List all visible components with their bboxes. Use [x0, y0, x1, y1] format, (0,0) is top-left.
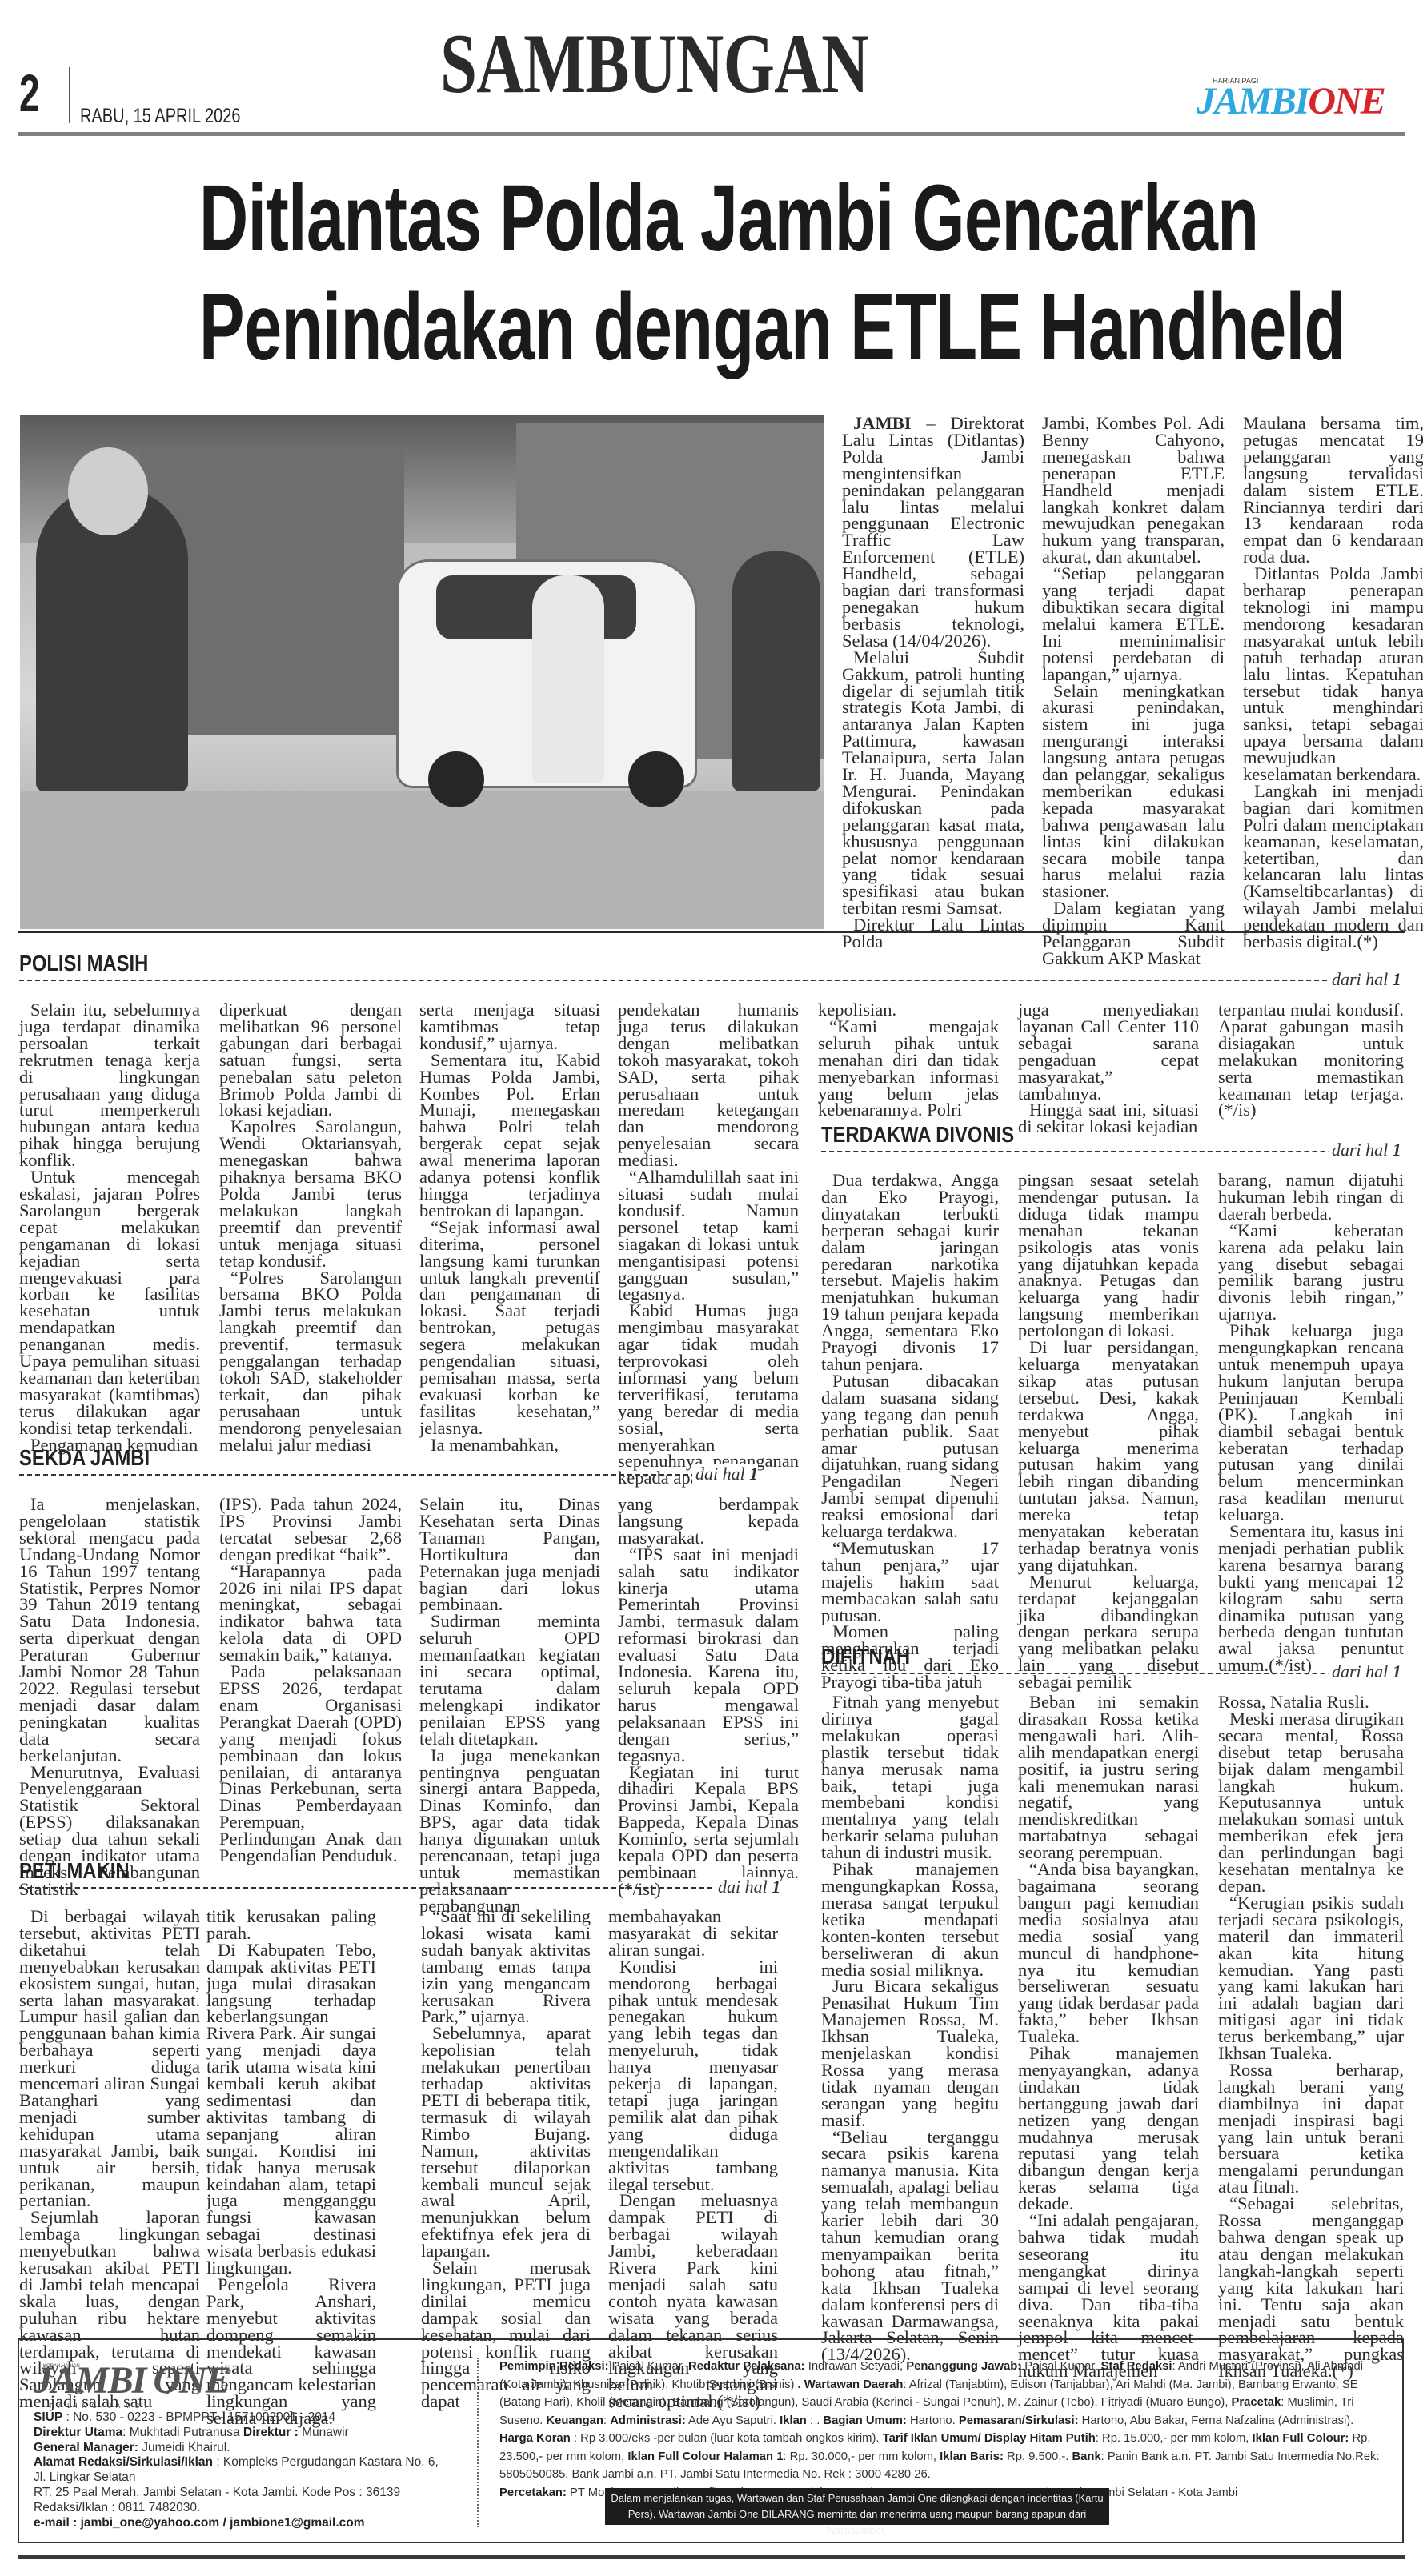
news-photo — [20, 415, 824, 929]
page-number-divider — [69, 67, 70, 123]
paragraph: Meski merasa dirugikan secara mental, Ro… — [1218, 1711, 1404, 1895]
dashed-divider — [821, 1673, 1381, 1674]
paragraph: Melalui Subdit Gakkum, patroli hunting d… — [842, 650, 1024, 918]
lead-article-column-2: Jambi, Kombes Pol. Adi Benny Cahyono, me… — [1042, 415, 1225, 968]
from-page-label: dari hal 1 — [1329, 1661, 1401, 1682]
main-headline: Ditlantas Polda Jambi Gencarkan Penindak… — [0, 164, 1423, 382]
photo-car-wheel — [628, 751, 684, 807]
paragraph: “Kami keberatan karena ada pelaku lain y… — [1218, 1223, 1404, 1323]
paragraph: Pihak manajemen menyayangkan, adanya tin… — [1018, 2045, 1199, 2213]
article-column: Dua terdakwa, Angga dan Eko Prayogi, din… — [821, 1172, 999, 1691]
photo-officer-head — [68, 447, 148, 535]
label: Bank — [1072, 2450, 1100, 2463]
imprint-logo: KORAN HARIAN JAMBI ONE PALING JAMBI — [34, 2358, 442, 2407]
paragraph: Fitnah yang menyebut dirinya gagal melak… — [821, 1694, 999, 1861]
paragraph: pendekatan humanis juga terus dilakukan … — [618, 1002, 799, 1169]
paragraph: Kabid Humas juga mengimbau masyarakat ag… — [618, 1303, 799, 1487]
label: Redaktur Pelaksana: — [688, 2360, 805, 2373]
paragraph: membahayakan masyarakat di sekitar alira… — [608, 1909, 778, 1959]
dashed-divider — [19, 980, 1383, 981]
paragraph: Sudirman meminta seluruh OPD memanfaatka… — [419, 1613, 600, 1747]
paragraph: (IPS). Pada tahun 2024, IPS Provinsi Jam… — [219, 1496, 402, 1564]
jambione-logo: HARIAN PAGI JAMBIONE — [1197, 77, 1413, 126]
paragraph: Putusan dibacakan dalam suasana sidang y… — [821, 1373, 999, 1540]
from-page-label: dai hal 1 — [715, 1877, 780, 1897]
paragraph: Selain meningkatkan akurasi penindakan, … — [1042, 683, 1225, 901]
paragraph: “IPS saat ini menjadi salah satu indikat… — [618, 1547, 799, 1765]
label: Iklan Full Colour: — [1253, 2432, 1349, 2445]
imprint-address-line2: RT. 25 Paal Merah, Jambi Selatan - Kota … — [34, 2486, 442, 2501]
masthead-rule — [18, 132, 1405, 136]
article-column: Fitnah yang menyebut dirinya gagal melak… — [821, 1694, 999, 2363]
paragraph: Ia juga menekankan pentingnya penguatan … — [419, 1748, 600, 1915]
paragraph: pingsan sesaat setelah mendengar putusan… — [1018, 1172, 1199, 1340]
paragraph: barang, namun dijatuhi hukuman lebih rin… — [1218, 1172, 1404, 1223]
article-column: terpantau mulai kondusif. Aparat gabunga… — [1218, 1002, 1404, 1119]
article-column: serta menjaga situasi kamtibmas tetap ko… — [419, 1002, 600, 1453]
paragraph: Kapolres Sarolangun, Wendi Oktariansyah,… — [219, 1119, 402, 1269]
label: . Wartawan Daerah — [798, 2378, 904, 2391]
label: Direktur Utama — [34, 2426, 122, 2439]
article-column: pingsan sesaat setelah mendengar putusan… — [1018, 1172, 1199, 1691]
article-column: “Saat ini di sekeliling lokasi wisata ka… — [421, 1909, 591, 2410]
paragraph: Pada pelaksanaan EPSS 2026, terdapat ena… — [219, 1664, 402, 1865]
lead-article-column-3: Maulana bersama tim, petugas mencatat 19… — [1243, 415, 1423, 951]
article-column: pendekatan humanis juga terus dilakukan … — [618, 1002, 799, 1487]
paragraph: Sementara itu, Kabid Humas Polda Jambi, … — [419, 1052, 600, 1220]
paragraph: Dua terdakwa, Angga dan Eko Prayogi, din… — [821, 1172, 999, 1373]
imprint-staff-paragraph: Pemimpin Redaksi: Paisal Kumar. Redaktur… — [499, 2358, 1389, 2484]
imprint-company-info: KORAN HARIAN JAMBI ONE PALING JAMBI SIUP… — [34, 2358, 442, 2530]
paragraph: “Saat ini di sekeliling lokasi wisata ka… — [421, 1909, 591, 2025]
article-column: Di berbagai wilayah tersebut, aktivitas … — [19, 1909, 200, 2410]
paragraph: Maulana bersama tim, petugas mencatat 19… — [1243, 415, 1423, 566]
value: Ade Ayu Saputri. — [686, 2414, 780, 2427]
paragraph: Selain itu, sebelumnya juga terdapat din… — [19, 1002, 200, 1169]
from-page-number: 1 — [1393, 1661, 1401, 1681]
lead-article-column-1: JAMBI – Direktorat Lalu Lintas (Ditlanta… — [842, 415, 1024, 951]
continuation-heading: TERDAKWA DIVONIS — [821, 1122, 1014, 1148]
label: Alamat Redaksi/Sirkulasi/Iklan — [34, 2455, 213, 2469]
paragraph: Langkah ini menjadi bagian dari komitmen… — [1243, 783, 1423, 951]
masthead: 2 RABU, 15 APRIL 2026 SAMBUNGAN HARIAN P… — [0, 0, 1423, 140]
logo-wordmark: JAMBIONE — [1197, 82, 1385, 122]
article-column: Selain itu, Dinas Kesehatan serta Dinas … — [419, 1496, 600, 1915]
label: Bagian Umum: — [823, 2414, 906, 2427]
label: Keuangan — [546, 2414, 603, 2427]
imprint-logo-wordmark: JAMBI ONE — [34, 2361, 230, 2401]
paragraph: Direktur Lalu Lintas Polda — [842, 917, 1024, 951]
section-title: SAMBUNGAN — [440, 24, 868, 104]
value: : Rp. 15.000,- per mm kolom, — [1096, 2432, 1253, 2445]
article-column: diperkuat dengan melibatkan 96 personel … — [219, 1002, 402, 1453]
value: Hartono. — [907, 2414, 959, 2427]
paragraph: Sementara itu, kasus ini menjadi perhati… — [1218, 1524, 1404, 1674]
page-number: 2 — [19, 66, 40, 120]
from-page-number: 1 — [1393, 969, 1401, 989]
from-page-label: dai hal 1 — [692, 1464, 758, 1484]
paragraph: diperkuat dengan melibatkan 96 personel … — [219, 1002, 402, 1119]
value: : . — [807, 2414, 824, 2427]
paragraph: Beban ini semakin dirasakan Rossa ketika… — [1018, 1694, 1199, 1861]
paragraph: serta menjaga situasi kamtibmas tetap ko… — [419, 1002, 600, 1052]
from-page-text: dai hal — [695, 1464, 745, 1484]
article-column: barang, namun dijatuhi hukuman lebih rin… — [1218, 1172, 1404, 1674]
label: Percetakan: — [499, 2486, 567, 2499]
continuation-heading: POLISI MASIH — [19, 951, 148, 976]
paragraph: Di luar persidangan, keluarga menyatakan… — [1018, 1340, 1199, 1574]
paragraph: Jambi, Kombes Pol. Adi Benny Cahyono, me… — [1042, 415, 1225, 566]
imprint-address: Alamat Redaksi/Sirkulasi/Iklan : Komplek… — [34, 2455, 442, 2486]
article-column: juga menyediakan layanan Call Center 110… — [1018, 1002, 1199, 1136]
from-page-label: dari hal 1 — [1329, 1140, 1401, 1160]
paragraph: Rossa berharap, langkah berani yang diam… — [1218, 2062, 1404, 2196]
imprint-general-manager: General Manager: Jumeidi Khairul. — [34, 2441, 442, 2456]
photo-car-wheel — [428, 751, 484, 807]
paragraph: “Anda bisa bayangkan, bagaimana seorang … — [1018, 1861, 1199, 2045]
value: Rp. 9.500,-. — [1004, 2450, 1072, 2463]
paragraph: Juru Bicara sekaligus Penasihat Hukum Ti… — [821, 1978, 999, 2129]
value: Indrawan Setyadi, — [805, 2360, 907, 2373]
headline-line-2: Penindakan dengan ETLE Handheld — [199, 273, 1224, 382]
paragraph: titik kerusakan paling parah. — [206, 1909, 376, 1942]
from-page-text: dai hal — [718, 1877, 768, 1897]
value: Jumeidi Khairul. — [138, 2441, 230, 2454]
label: Iklan Baris: — [940, 2450, 1004, 2463]
headline-line-1: Ditlantas Polda Jambi Gencarkan — [199, 164, 1224, 273]
article-column: Rossa, Natalia Rusli. Meski merasa dirug… — [1218, 1694, 1404, 2380]
article-column: (IPS). Pada tahun 2024, IPS Provinsi Jam… — [219, 1496, 402, 1865]
label: Staf Redaksi — [1101, 2360, 1172, 2373]
paragraph: Hingga saat ini, situasi di sekitar loka… — [1018, 1102, 1199, 1136]
label: Administrasi: — [610, 2414, 686, 2427]
paragraph: Ia menambahkan, — [419, 1437, 600, 1454]
from-page-text: dari hal — [1332, 1661, 1388, 1681]
paragraph: “Kami mengajak seluruh pihak untuk menah… — [818, 1019, 999, 1119]
paragraph: juga menyediakan layanan Call Center 110… — [1018, 1002, 1199, 1102]
article-column: Beban ini semakin dirasakan Rossa ketika… — [1018, 1694, 1199, 2380]
label: Direktur : — [243, 2426, 299, 2439]
photo-person — [532, 575, 604, 783]
article-column: Selain itu, sebelumnya juga terdapat din… — [19, 1002, 200, 1453]
label: Pemimpin Redaksi: — [499, 2360, 609, 2373]
logo-word-one: ONE — [1308, 80, 1384, 122]
label: Iklan Full Colour Halaman 1 — [627, 2450, 783, 2463]
press-notice: Dalam menjalankan tugas, Wartawan dan St… — [605, 2488, 1109, 2525]
paragraph: “Sejak informasi awal diterima, personel… — [419, 1220, 600, 1437]
email-text: e-mail : jambi_one@yahoo.com / jambione1… — [34, 2516, 365, 2530]
label: Tarif Iklan Umum/ Display Hitam Putih — [883, 2432, 1096, 2445]
imprint-email[interactable]: e-mail : jambi_one@yahoo.com / jambione1… — [34, 2516, 442, 2531]
value: : Rp. 30.000,- per mm kolom, — [783, 2450, 940, 2463]
value: : — [603, 2414, 610, 2427]
section-divider — [18, 931, 1405, 933]
from-page-number: 1 — [749, 1464, 758, 1484]
paragraph: Dalam kegiatan yang dipimpin Kanit Pelan… — [1042, 900, 1225, 968]
article-column: Ia menjelaskan, pengelolaan statistik se… — [19, 1496, 200, 1898]
article-column: membahayakan masyarakat di sekitar alira… — [608, 1909, 778, 2410]
continuation-heading: DIFITNAH — [821, 1644, 910, 1669]
paragraph: Di berbagai wilayah tersebut, aktivitas … — [19, 1909, 200, 2209]
paragraph: Untuk mencegah eskalasi, jajaran Polres … — [19, 1169, 200, 1437]
paragraph: Kondisi ini mendorong berbagai pihak unt… — [608, 1959, 778, 2193]
imprint-directors: Direktur Utama: Mukhtadi Putranusa Direk… — [34, 2426, 442, 2441]
paragraph: “Harapannya pada 2026 ini nilai IPS dapa… — [219, 1564, 402, 1664]
logo-word-jambi: JAMBI — [1197, 80, 1308, 122]
continuation-heading: PETI MAKIN — [19, 1858, 130, 1884]
paragraph: Ditlantas Polda Jambi berharap penerapan… — [1243, 566, 1423, 783]
value: Munawir — [299, 2426, 349, 2439]
paragraph: “Alhamdulillah saat ini situasi sudah mu… — [618, 1169, 799, 1303]
paragraph: “Polres Sarolangun bersama BKO Polda Jam… — [219, 1270, 402, 1454]
paragraph: Selain itu, Dinas Kesehatan serta Dinas … — [419, 1496, 600, 1613]
paragraph: “Kerugian psikis sudah terjadi secara ps… — [1218, 1895, 1404, 2062]
paragraph: terpantau mulai kondusif. Aparat gabunga… — [1218, 1002, 1404, 1119]
imprint-staff-info: Pemimpin Redaksi: Paisal Kumar. Redaktur… — [499, 2358, 1389, 2502]
value: : Rp 3.000/eks -per bulan (luar kota tam… — [571, 2432, 883, 2445]
value: Paisal Kumar. — [609, 2360, 689, 2373]
paragraph: “Setiap pelanggaran yang terjadi dapat d… — [1042, 566, 1225, 683]
paragraph: “Beliau terganggu secara psikis karena n… — [821, 2129, 999, 2364]
imprint-box: KORAN HARIAN JAMBI ONE PALING JAMBI SIUP… — [18, 2338, 1404, 2543]
paragraph: – Direktorat Lalu Lintas (Ditlantas) Pol… — [842, 413, 1024, 651]
publication-date: RABU, 15 APRIL 2026 — [80, 105, 241, 128]
article-column: kepolisian. “Kami mengajak seluruh pihak… — [818, 1002, 999, 1119]
value: Paisal Kumar, — [1021, 2360, 1101, 2373]
from-page-number: 1 — [772, 1877, 780, 1897]
paragraph: Pihak manajemen mengungkapkan Rossa, mer… — [821, 1861, 999, 1978]
photo-police-officer — [732, 551, 820, 791]
from-page-text: dari hal — [1332, 1140, 1388, 1160]
paragraph: Di Kabupaten Tebo, dampak aktivitas PETI… — [206, 1942, 376, 2277]
paragraph: Pihak keluarga juga mengungkapkan rencan… — [1218, 1323, 1404, 1524]
photo-road — [20, 791, 824, 929]
dashed-divider — [19, 1474, 752, 1476]
label: Harga Koran — [499, 2432, 571, 2445]
label: General Manager: — [34, 2441, 138, 2454]
paragraph: “Memutuskan 17 tahun penjara,” ujar maje… — [821, 1540, 999, 1625]
dashed-divider — [19, 1887, 752, 1889]
label: Pracetak — [1232, 2396, 1281, 2409]
paragraph: Sebelumnya, aparat kepolisian telah mela… — [421, 2025, 591, 2260]
article-column: yang berdampak langsung kepada masyaraka… — [618, 1496, 799, 1898]
from-page-text: dari hal — [1332, 969, 1388, 989]
paragraph: Ia menjelaskan, pengelolaan statistik se… — [19, 1496, 200, 1765]
value: Hartono, Abu Bakar, Ferna Nafzalina (Adm… — [1079, 2414, 1354, 2427]
imprint-phone: Redaksi/Iklan : 0811 7482030. — [34, 2501, 442, 2516]
label: Penanggung Jawab: — [906, 2360, 1021, 2373]
label: Pemasaran/Sirkulasi: — [959, 2414, 1079, 2427]
label: Iklan — [780, 2414, 807, 2427]
from-page-label: dari hal 1 — [1329, 969, 1401, 990]
dashed-divider — [821, 1151, 1381, 1152]
value: : Mukhtadi Putranusa — [122, 2426, 243, 2439]
imprint-dotted-divider — [477, 2358, 479, 2527]
imprint-logo-tagline: PALING JAMBI — [50, 2399, 151, 2414]
paragraph: yang berdampak langsung kepada masyaraka… — [618, 1496, 799, 1547]
continuation-heading: SEKDA JAMBI — [19, 1445, 150, 1471]
page-bottom-rule — [18, 2555, 1405, 2559]
from-page-number: 1 — [1393, 1140, 1401, 1160]
